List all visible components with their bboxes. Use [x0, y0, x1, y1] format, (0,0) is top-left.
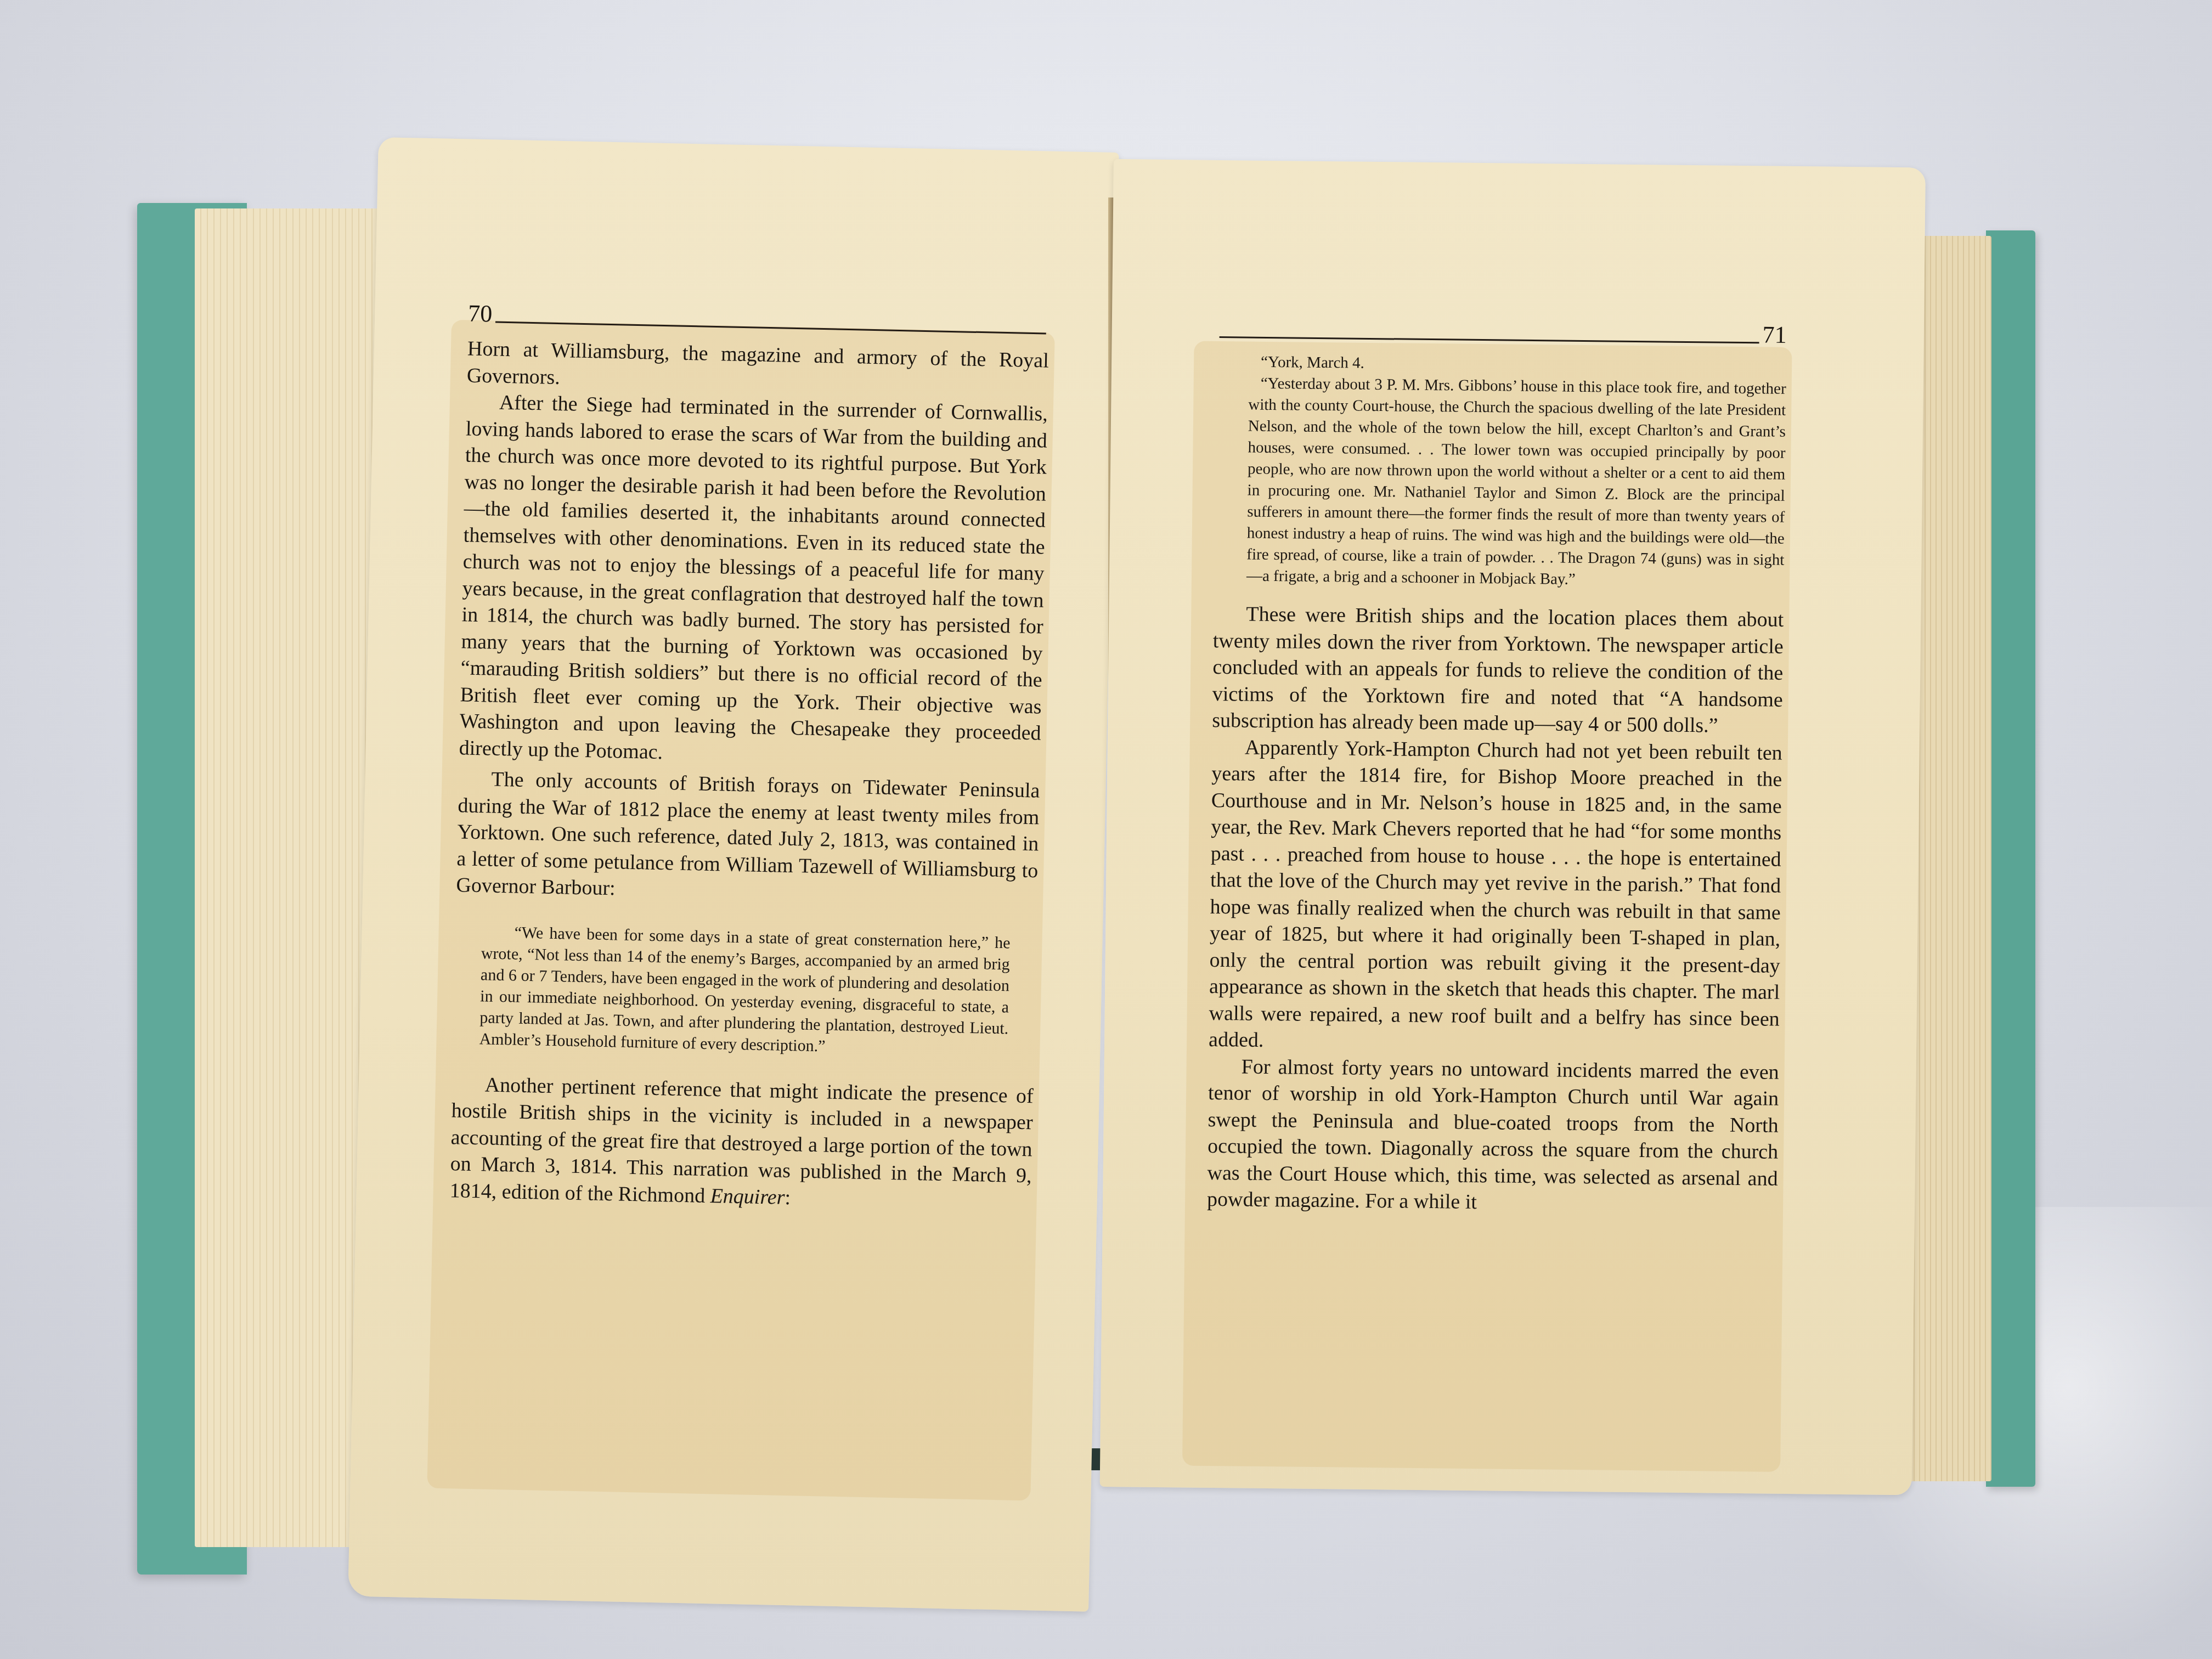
block-quote: “We have been for some days in a state o…	[479, 921, 1011, 1060]
header-rule	[495, 321, 1046, 335]
right-page-content: 71 “York, March 4. “Yesterday about 3 P.…	[1207, 308, 1787, 1218]
right-page: 71 “York, March 4. “Yesterday about 3 P.…	[1100, 159, 1926, 1495]
left-page: 70 Horn at Williamsburg, the magazine an…	[348, 137, 1119, 1612]
paragraph: For almost forty years no untoward incid…	[1207, 1053, 1779, 1218]
page-number: 70	[468, 301, 493, 326]
page-number: 71	[1762, 323, 1786, 347]
block-quote-text: “We have been for some days in a state o…	[479, 921, 1011, 1060]
paragraph: After the Siege had terminated in the su…	[459, 388, 1048, 773]
header-rule	[1220, 336, 1759, 343]
quote-body: “Yesterday about 3 P. M. Mrs. Gibbons’ h…	[1246, 373, 1786, 592]
newspaper-title: Enquirer	[710, 1184, 785, 1209]
paragraph: Apparently York-Hampton Church had not y…	[1209, 733, 1782, 1059]
newspaper-quote: “York, March 4. “Yesterday about 3 P. M.…	[1246, 352, 1786, 592]
left-page-content: 70 Horn at Williamsburg, the magazine an…	[449, 292, 1050, 1216]
paragraph: These were British ships and the locatio…	[1212, 601, 1784, 740]
running-head-right: 71	[1216, 308, 1787, 347]
paragraph: Another pertinent reference that might i…	[449, 1071, 1034, 1216]
paragraph: The only accounts of British forays on T…	[456, 765, 1040, 911]
punctuation: :	[785, 1186, 791, 1209]
running-head-left: 70	[468, 292, 1050, 337]
book-cover-right	[1986, 230, 2035, 1487]
